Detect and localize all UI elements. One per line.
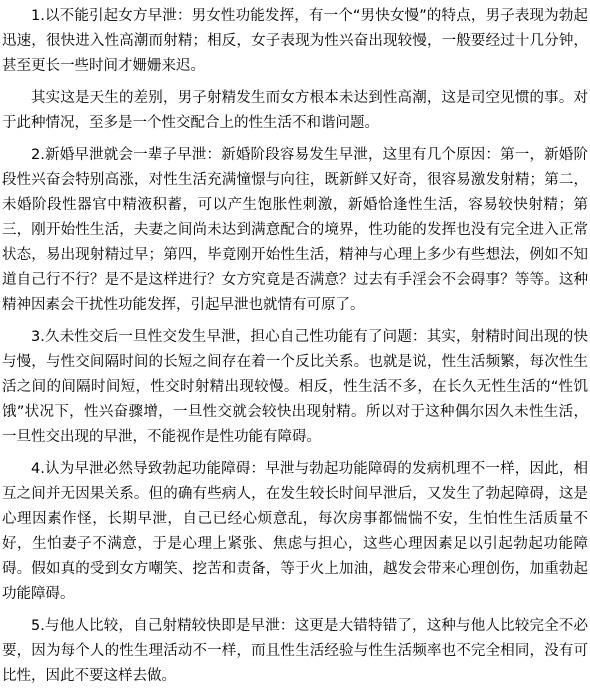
- document-page: { "page": { "background_color": "#ffffff…: [0, 0, 590, 695]
- article-body: 1.以不能引起女方早泄：男女性功能发挥，有一个“男快女慢”的特点，男子表现为勃起…: [0, 0, 590, 695]
- paragraph-1: 1.以不能引起女方早泄：男女性功能发挥，有一个“男快女慢”的特点，男子表现为勃起…: [2, 4, 588, 79]
- paragraph-3: 2.新婚早泄就会一辈子早泄：新婚阶段容易发生早泄，这里有几个原因：第一，新婚阶段…: [2, 143, 588, 318]
- paragraph-6: 5.与他人比较，自己射精较快即是早泄：这更是大错特错了，这种与他人比较完全不必要…: [2, 614, 588, 689]
- paragraph-4: 3.久未性交后一旦性交发生早泄，担心自己性功能有了问题：其实，射精时间出现的快与…: [2, 325, 588, 450]
- paragraph-5: 4.认为早泄必然导致勃起功能障碍：早泄与勃起功能障碍的发病机理不一样，因此，相互…: [2, 457, 588, 607]
- paragraph-2: 其实这是天生的差别，男子射精发生而女方根本未达到性高潮，这是司空见惯的事。对于此…: [2, 86, 588, 136]
